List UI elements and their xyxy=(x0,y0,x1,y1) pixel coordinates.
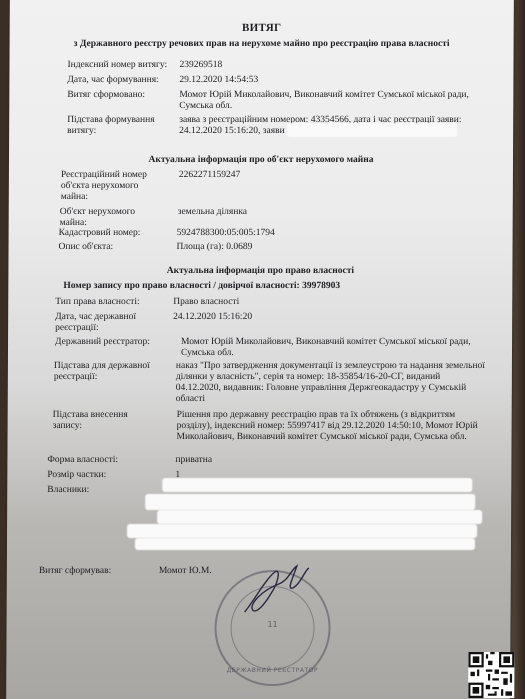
field-value: Момот Юрій Миколайович, Виконавчий коміт… xyxy=(181,337,471,359)
field-label: Індексний номер витягу: xyxy=(67,60,175,71)
redacted-area xyxy=(157,510,482,524)
signature-label: Витяг сформував: xyxy=(39,566,147,577)
field-label: Державний реєстратор: xyxy=(55,337,163,348)
field-value: наказ "Про затвердження документації із … xyxy=(176,361,486,405)
field-value: 2262271159247 xyxy=(179,170,379,181)
document-page: ВИТЯГ з Державного реєстру речових прав … xyxy=(6,0,514,699)
field-label: Опис об'єкта: xyxy=(59,242,167,253)
field-value: 29.12.2020 14:54:53 xyxy=(179,75,499,86)
field-label: Об'єкт нерухомого майна: xyxy=(60,207,150,229)
ownership-section-heading: Актуальна інформація про право власності xyxy=(8,266,512,276)
field-value: приватна xyxy=(175,455,375,466)
document-subtitle: з Державного реєстру речових прав на нер… xyxy=(10,39,514,49)
field-label: Підстава формування витягу: xyxy=(67,115,157,137)
field-label: Форма власності: xyxy=(47,455,155,466)
document-title: ВИТЯГ xyxy=(10,22,514,34)
redacted-area xyxy=(287,123,457,137)
ownership-record-number: Номер запису про право власності / довір… xyxy=(63,281,340,291)
field-label: Власники: xyxy=(47,485,155,496)
qr-code-icon xyxy=(468,652,514,698)
field-label: Підстава для державної реєстрації: xyxy=(54,361,164,383)
field-label: Дата, час формування: xyxy=(67,75,175,86)
object-section-heading: Актуальна інформація про об'єкт нерухомо… xyxy=(9,155,513,165)
field-value: 24.12.2020 15:16:20 xyxy=(173,312,473,323)
stamp-bottom-text: ДЕРЖАВНИЙ РЕЄСТРАТОР xyxy=(216,667,328,674)
field-label: Витяг сформовано: xyxy=(67,90,175,101)
field-value: Рішення про державну реєстрацію прав та … xyxy=(177,410,487,443)
redacted-area xyxy=(127,524,477,538)
field-label: Кадастровий номер: xyxy=(59,228,167,239)
redacted-area xyxy=(135,538,475,550)
redacted-area xyxy=(162,478,472,492)
field-label: Дата, час державної реєстрації: xyxy=(55,312,150,334)
field-label: Підстава внесення запису: xyxy=(53,410,143,432)
field-label: Реєстраційний номер об'єкта нерухомого м… xyxy=(61,170,151,203)
field-value: Момот Юрій Миколайович, Виконавчий коміт… xyxy=(179,90,479,112)
redacted-area xyxy=(145,494,475,510)
field-value: 239269518 xyxy=(179,60,499,71)
field-label: Тип права власності: xyxy=(55,297,163,308)
handwritten-signature-icon xyxy=(235,560,325,620)
field-value: Право власності xyxy=(173,297,473,308)
field-value: 5924788300:05:005:1794 xyxy=(177,228,377,239)
field-label: Розмір частки: xyxy=(47,470,155,481)
field-value: земельна ділянка xyxy=(178,207,378,218)
stamp-center-text: 11 xyxy=(217,620,329,629)
field-value: Площа (га): 0.0689 xyxy=(177,242,377,253)
